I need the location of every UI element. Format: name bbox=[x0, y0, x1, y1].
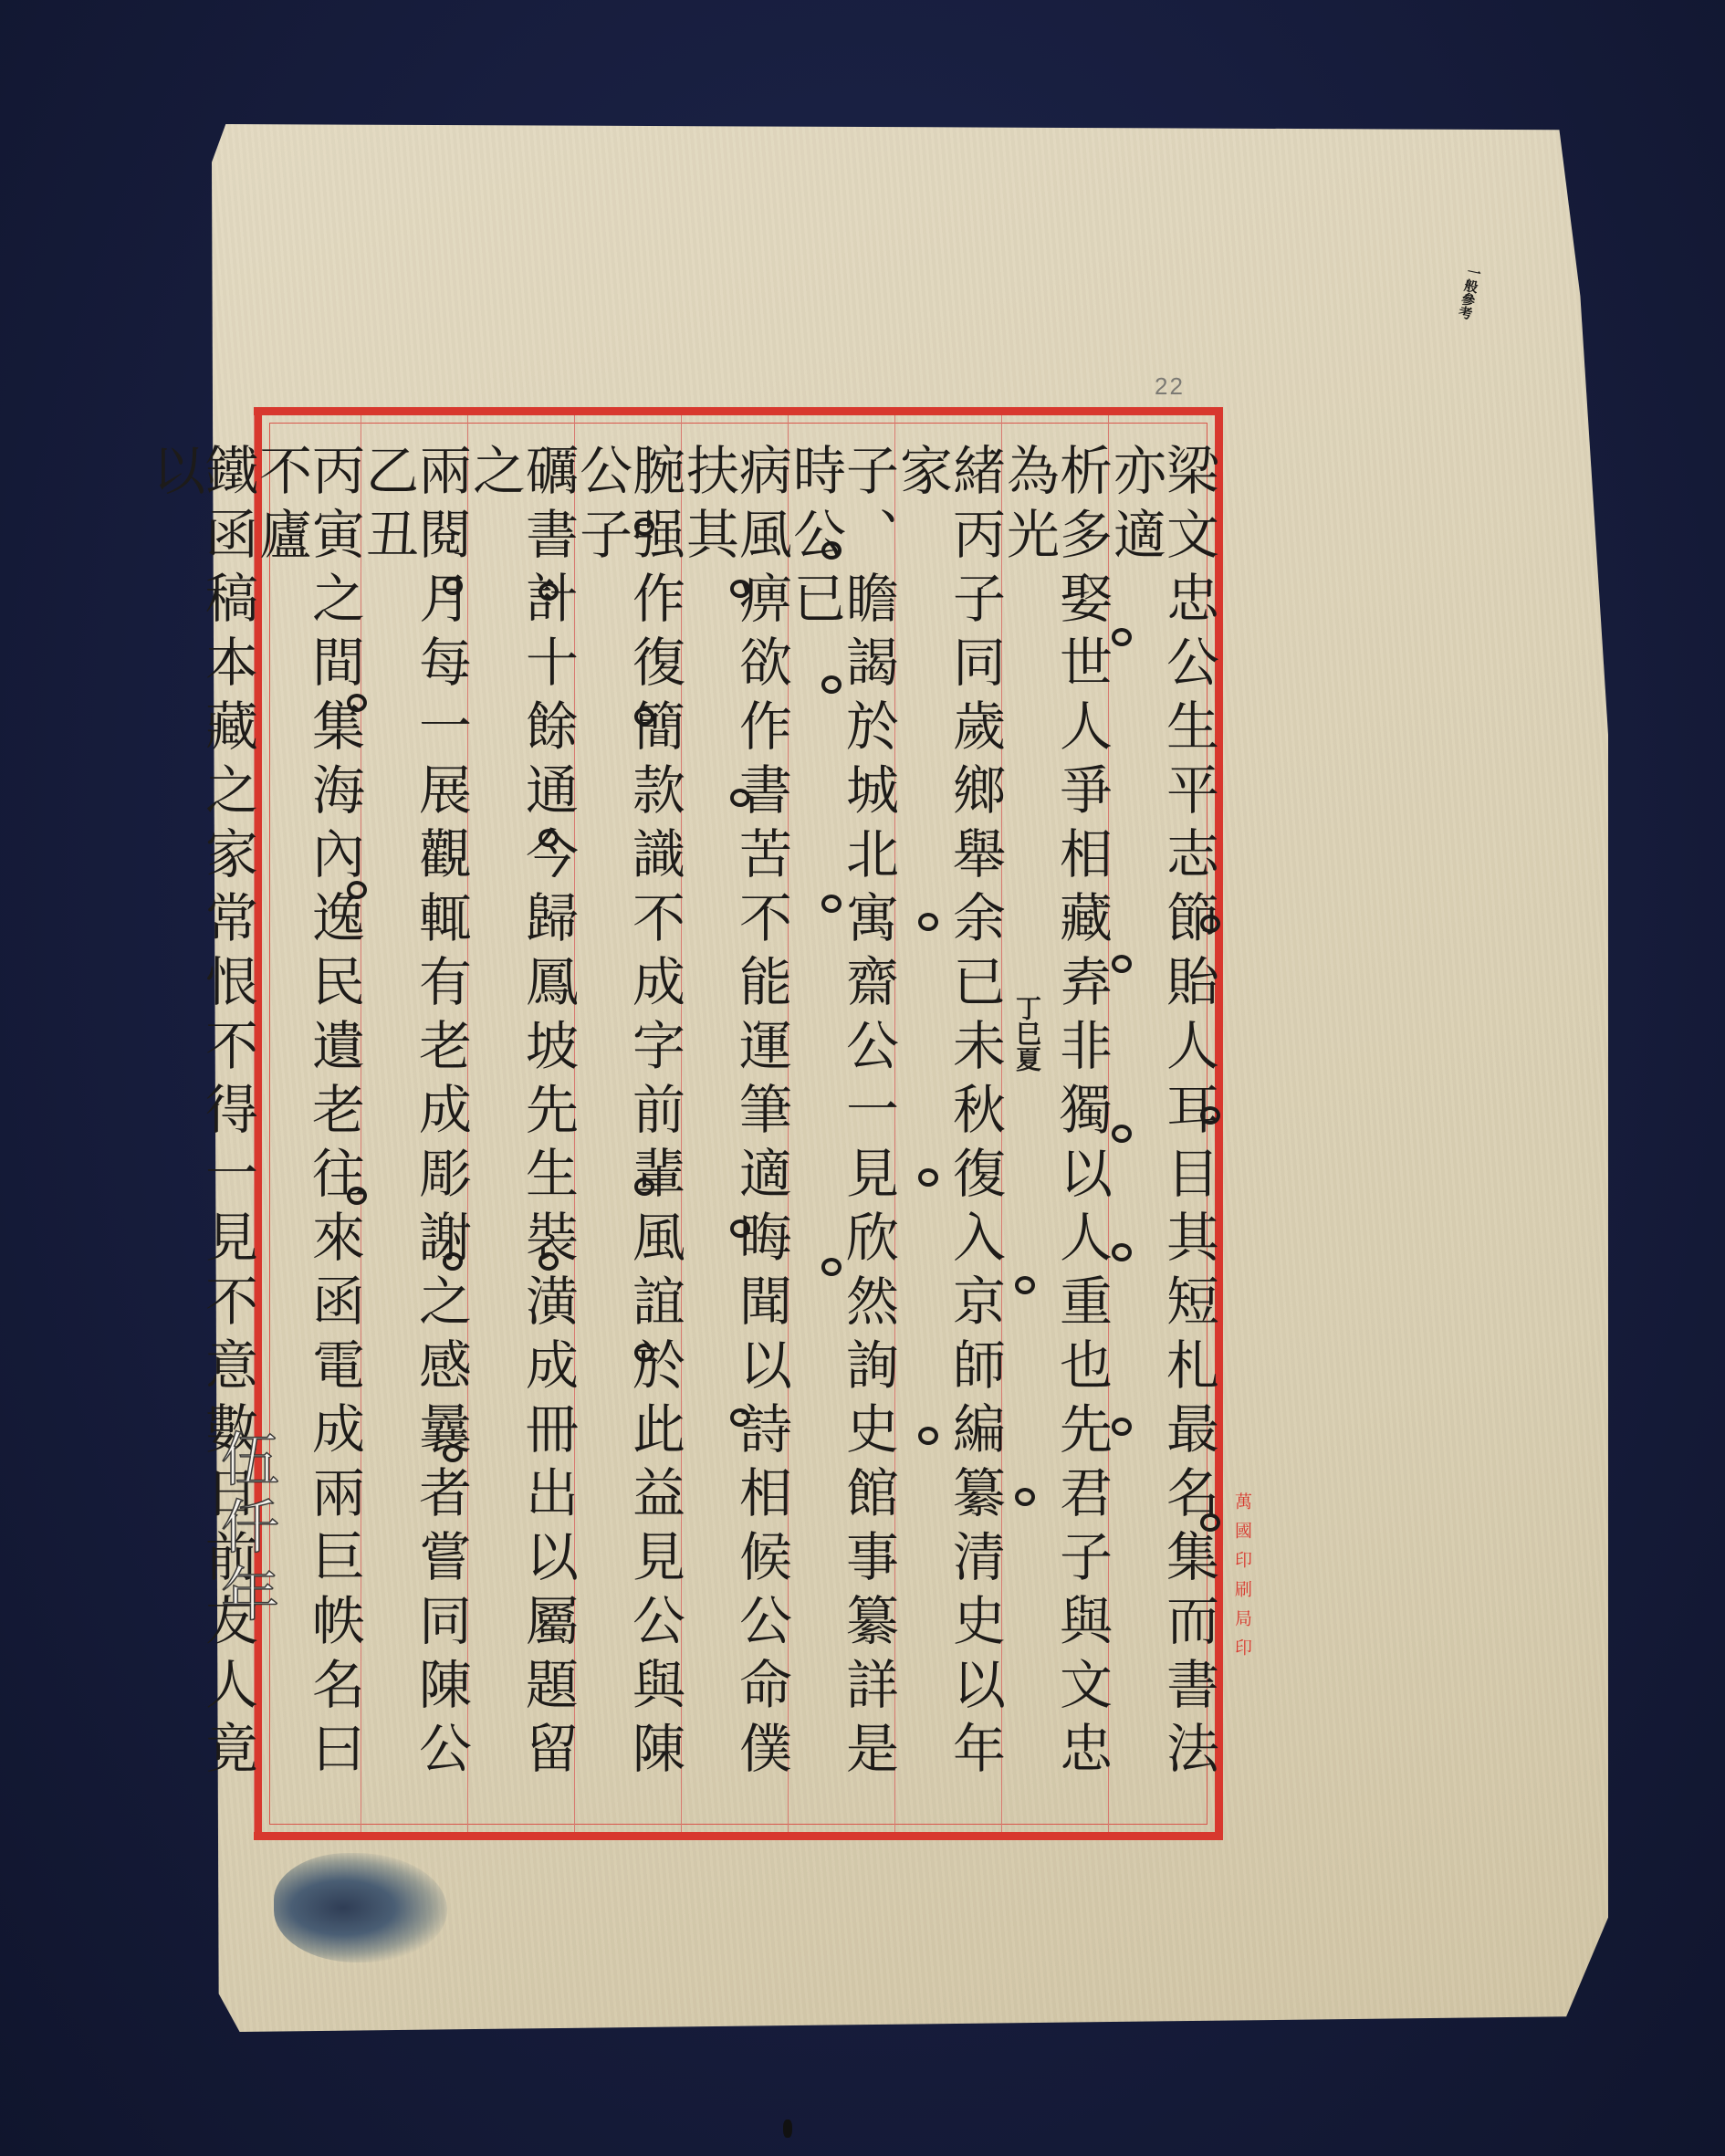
ink-spot bbox=[783, 2119, 792, 2138]
punctuation-circle-icon bbox=[730, 580, 750, 598]
punctuation-circle-icon bbox=[918, 913, 938, 931]
page-number: 22 bbox=[1155, 372, 1185, 401]
punctuation-circle-icon bbox=[347, 881, 367, 899]
punctuation-circle-icon bbox=[821, 895, 842, 913]
punctuation-circle-icon bbox=[347, 1187, 367, 1205]
punctuation-circle-icon bbox=[1112, 628, 1132, 646]
watermark: 伍仟年 bbox=[203, 1429, 287, 1631]
punctuation-circle-icon bbox=[538, 582, 559, 601]
punctuation-circle-icon bbox=[1112, 1125, 1132, 1143]
column-text: 礪書計十餘通今歸鳳坡先生裝潢成冊出以屬題留之 bbox=[468, 443, 574, 1832]
column-2: 析多娶世人爭相藏弆非獨以人重也先君子與文忠為光 bbox=[1001, 415, 1108, 1832]
punctuation-circle-icon bbox=[634, 707, 654, 726]
punctuation-circle-icon bbox=[1015, 1276, 1035, 1294]
column-5: 病風痹欲作書苦不能運筆適晦聞以詩相候公命僕扶其 bbox=[681, 415, 788, 1832]
column-4: 子、瞻謁於城北寓齋公一見欣然詢史館事纂詳是時公已 bbox=[788, 415, 894, 1832]
punctuation-circle-icon bbox=[443, 1252, 463, 1271]
punctuation-circle-icon bbox=[1112, 1243, 1132, 1261]
punctuation-circle-icon bbox=[443, 577, 463, 595]
text-columns: 梁文忠公生平志節貽人耳目其短札最名集而書法亦適 析多娶世人爭相藏弆非獨以人重也先… bbox=[262, 415, 1215, 1832]
column-text: 緒丙子同歲鄉舉余已未秋復入京師編纂清史以年家 bbox=[895, 443, 1001, 1832]
column-3: 緒丙子同歲鄉舉余已未秋復入京師編纂清史以年家 bbox=[894, 415, 1001, 1832]
punctuation-circle-icon bbox=[1015, 1488, 1035, 1506]
punctuation-circle-icon bbox=[538, 1252, 559, 1271]
punctuation-circle-icon bbox=[730, 789, 750, 807]
column-6: 腕强作復簡款識不成字前輩風誼於此益見公與陳公子 bbox=[574, 415, 681, 1832]
column-text: 析多娶世人爭相藏弆非獨以人重也先君子與文忠為光 bbox=[1002, 443, 1108, 1832]
column-8: 兩閱月每一展觀輒有老成彫謝之感曩者嘗同陳公乙丑 bbox=[361, 415, 467, 1832]
punctuation-circle-icon bbox=[918, 1427, 938, 1445]
punctuation-circle-icon bbox=[918, 1168, 938, 1187]
margin-annotation: 丁巳夏 bbox=[1013, 995, 1040, 1072]
punctuation-circle-icon bbox=[538, 829, 559, 847]
column-7: 礪書計十餘通今歸鳳坡先生裝潢成冊出以屬題留之 bbox=[467, 415, 574, 1832]
printer-mark: 萬國印刷局印 bbox=[1230, 1492, 1255, 1668]
column-text: 腕强作復簡款識不成字前輩風誼於此益見公與陳公子 bbox=[575, 443, 681, 1832]
punctuation-circle-icon bbox=[1200, 1513, 1220, 1532]
punctuation-circle-icon bbox=[443, 1444, 463, 1462]
ruled-frame: 梁文忠公生平志節貽人耳目其短札最名集而書法亦適 析多娶世人爭相藏弆非獨以人重也先… bbox=[254, 407, 1223, 1840]
column-text: 病風痹欲作書苦不能運筆適晦聞以詩相候公命僕扶其 bbox=[682, 443, 788, 1832]
column-text: 子、瞻謁於城北寓齋公一見欣然詢史館事纂詳是時公已 bbox=[789, 443, 894, 1832]
punctuation-circle-icon bbox=[1200, 1106, 1220, 1125]
punctuation-circle-icon bbox=[634, 1344, 654, 1362]
punctuation-circle-icon bbox=[634, 518, 654, 536]
punctuation-circle-icon bbox=[347, 694, 367, 712]
punctuation-circle-icon bbox=[1112, 955, 1132, 973]
ink-stain bbox=[274, 1853, 447, 1962]
punctuation-circle-icon bbox=[634, 1177, 654, 1196]
punctuation-circle-icon bbox=[821, 541, 842, 560]
punctuation-circle-icon bbox=[1200, 915, 1220, 933]
punctuation-circle-icon bbox=[821, 675, 842, 694]
punctuation-circle-icon bbox=[730, 1408, 750, 1427]
punctuation-circle-icon bbox=[730, 1219, 750, 1238]
column-text: 兩閱月每一展觀輒有老成彫謝之感曩者嘗同陳公乙丑 bbox=[361, 443, 467, 1832]
punctuation-circle-icon bbox=[821, 1258, 842, 1276]
punctuation-circle-icon bbox=[1112, 1418, 1132, 1436]
